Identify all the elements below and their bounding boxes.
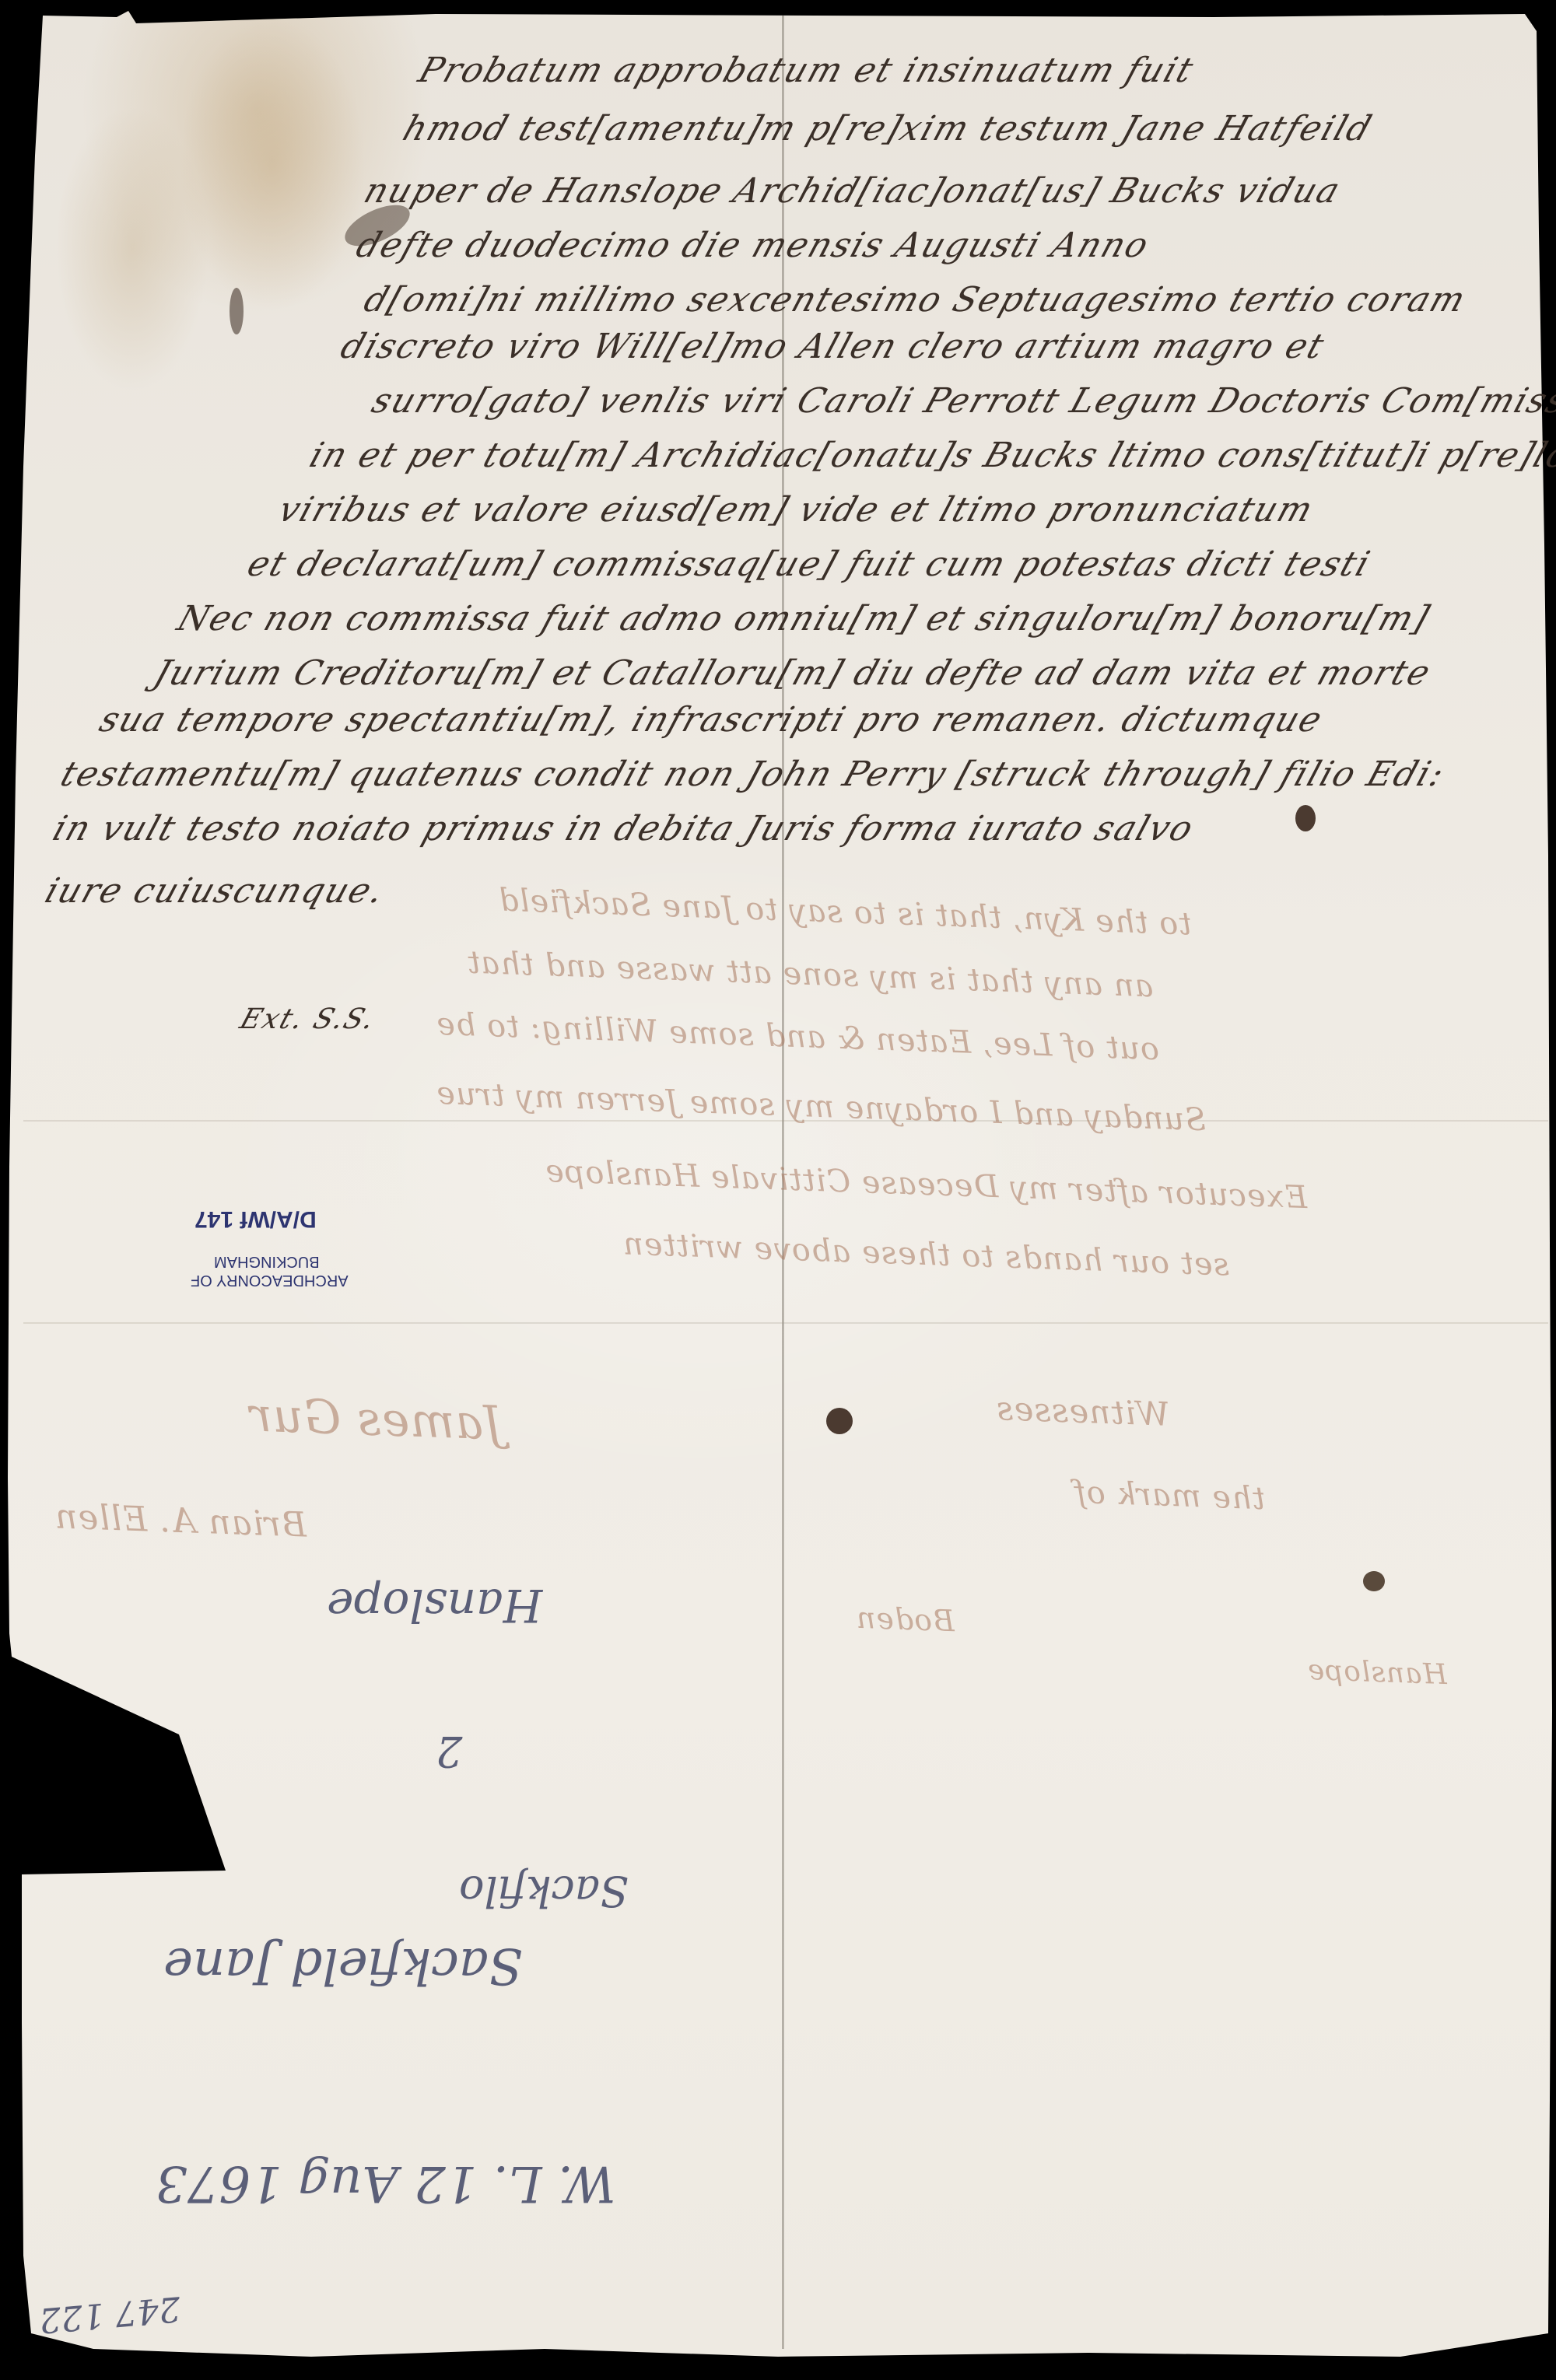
bleed-through-line: Hanslope	[1306, 1654, 1447, 1691]
text-line: testamentu[m] quatenus condit non John P…	[56, 754, 1450, 794]
text-line: in et per totu[m] Archidiac[onatu]s Buck…	[305, 436, 1556, 475]
docket-date: W. L. 12 Aug 1673	[156, 2154, 616, 2212]
text-line: nuper de Hanslope Archid[iac]onat[us] Bu…	[359, 171, 1346, 211]
text-line: sua tempore spectantiu[m], infrascripti …	[95, 700, 1328, 740]
bleed-through-line: James Gur	[248, 1388, 504, 1451]
document-scan: to the Kyn, that is to say to Jane Sackf…	[0, 0, 1556, 2380]
docket-name-2: Sackfilo	[459, 1867, 629, 1916]
docket-item-number: 2	[436, 1727, 462, 1776]
text-line: et declarat[um] commissaq[ue] fuit cum p…	[243, 544, 1376, 584]
ink-blot	[826, 1408, 853, 1434]
text-line: defte duodecimo die mensis Augusti Anno	[352, 226, 1155, 265]
ink-blot	[1363, 1571, 1385, 1591]
bleed-through-line: the mark of	[1073, 1475, 1265, 1517]
archive-stamp-line-1: ARCHDEACONRY OF	[191, 1271, 349, 1289]
archive-stamp-line-2: BUCKINGHAM	[214, 1252, 320, 1270]
text-line: Nec non commissa fuit admo omniu[m] et s…	[173, 599, 1435, 639]
text-line: hmod test[amentu]m p[re]xim testum Jane …	[398, 109, 1378, 149]
text-line: d[omi]ni millimo sexcentesimo Septuagesi…	[359, 280, 1472, 320]
ink-smudge	[230, 288, 244, 334]
text-line: Jurium Creditoru[m] et Catalloru[m] diu …	[149, 653, 1437, 693]
signature: Ext. S.S.	[236, 1003, 380, 1035]
water-stain	[179, 16, 366, 311]
ink-blot	[1295, 805, 1316, 831]
text-line: in vult testo noiato primus in debita Ju…	[48, 809, 1200, 849]
text-line: viribus et valore eiusd[em] vide et ltim…	[274, 490, 1319, 530]
docket-name-1: Sackfield Jane	[163, 1937, 523, 1994]
text-line: discreto viro Will[el]mo Allen clero art…	[336, 327, 1330, 366]
bleed-through-line: Boden	[855, 1601, 955, 1638]
text-line: iure cuiuscunque.	[40, 871, 391, 911]
docket-place: Hanslope	[327, 1579, 542, 1632]
horizontal-fold	[23, 1322, 1548, 1324]
archive-reference: D/A/Wf 147	[194, 1206, 317, 1232]
text-line: Probatum approbatum et insinuatum fuit	[414, 51, 1200, 90]
bleed-through-line: Witnesses	[995, 1389, 1170, 1433]
text-line: surro[gato] venlis viri Caroli Perrott L…	[367, 381, 1556, 421]
